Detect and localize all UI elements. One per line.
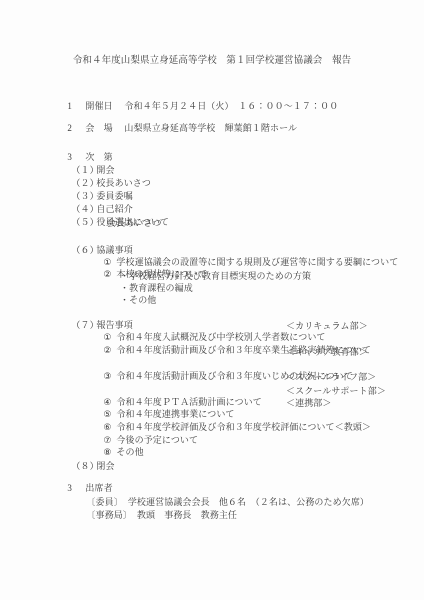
report-item-1-dept: ＜カリキュラム部＞ (286, 321, 368, 332)
attendee-row-secretariat-label: 〔事務局〕 (86, 510, 132, 520)
meta-date-label: 開催日 (85, 101, 124, 112)
agenda-item-8-label: 閉会 (96, 461, 114, 471)
discussion-bullet-1: ・学校経営方針及び教育目標実現のための方策 (120, 271, 311, 282)
agenda-item-8-number: （８） (71, 461, 96, 472)
report-item-5-dept: ＜連携部＞ (286, 398, 332, 409)
meta-venue-number: 2 (67, 123, 85, 134)
report-item-2-dept: ＜キャリア教育部＞ (286, 347, 368, 358)
attendee-row-secretariat: 〔事務局〕教頭 事務長 教務主任 (77, 499, 237, 532)
document-page: 令和４年度山梨県立身延高等学校 第１回学校運営協議会 報告 1開催日令和４年５月… (0, 0, 424, 600)
meta-date-number: 1 (67, 101, 85, 112)
report-item-2-number: ② (103, 345, 116, 356)
agenda-item-7-number: （７） (71, 320, 96, 331)
chair-greeting-note: 会長あいさつ (107, 218, 162, 229)
report-item-3-number: ③ (103, 371, 116, 382)
meta-venue-label: 会 場 (85, 123, 124, 134)
report-item-8-label: その他 (116, 447, 143, 457)
meta-venue-value: 山梨県立身延高等学校 輝葉館１階ホール (124, 123, 297, 133)
discussion-bullet-3: ・その他 (120, 295, 156, 306)
report-item-3-dept: ＜スクールライフ部＞ (286, 372, 376, 383)
attendee-row-secretariat-value: 教頭 事務長 教務主任 (137, 510, 237, 520)
page-title: 令和４年度山梨県立身延高等学校 第１回学校運営協議会 報告 (0, 56, 424, 67)
agenda-item-6-number: （６） (71, 245, 96, 256)
discussion-bullet-2: ・教育課程の編成 (120, 283, 193, 294)
report-item-8: ⑧その他 (94, 436, 424, 469)
agenda-item-5-number: （５） (71, 217, 96, 228)
discussion-item-2-number: ② (103, 269, 116, 280)
meta-date-value: 令和４年５月２４日（火） １６：００～１７：００ (124, 101, 338, 111)
report-item-4-dept: ＜スクールサポート部＞ (286, 386, 386, 397)
